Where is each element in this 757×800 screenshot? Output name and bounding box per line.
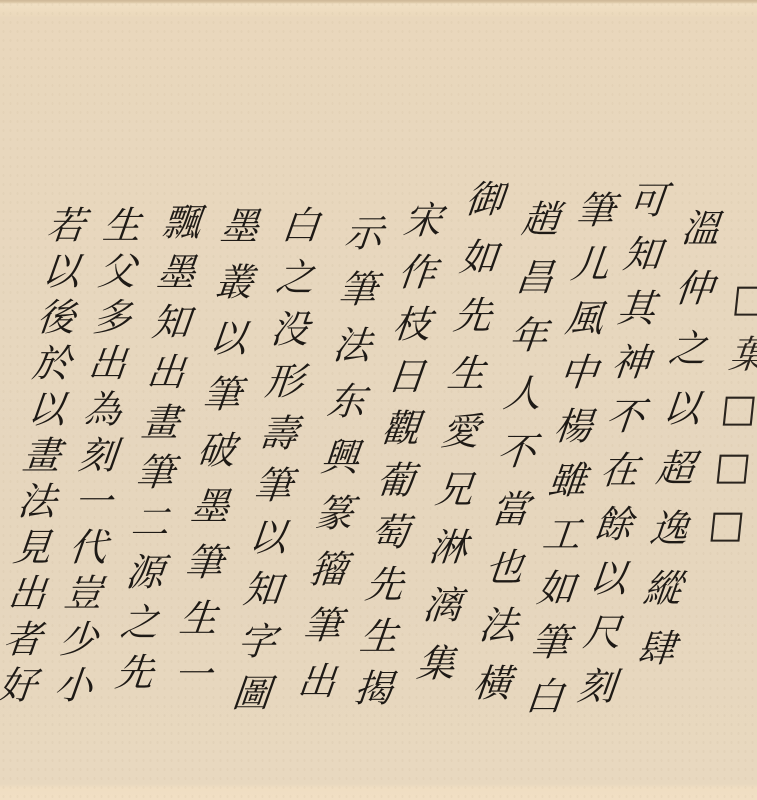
calligraphy-column-13: 若以後於以畫法見出者好 [12,158,64,758]
scroll-paper: □葉□□□ 溫仲之以超逸縱肆 可知其神不在餘以尺刻 筆儿風中楊雖工如筆白 趙昌年… [0,0,757,800]
